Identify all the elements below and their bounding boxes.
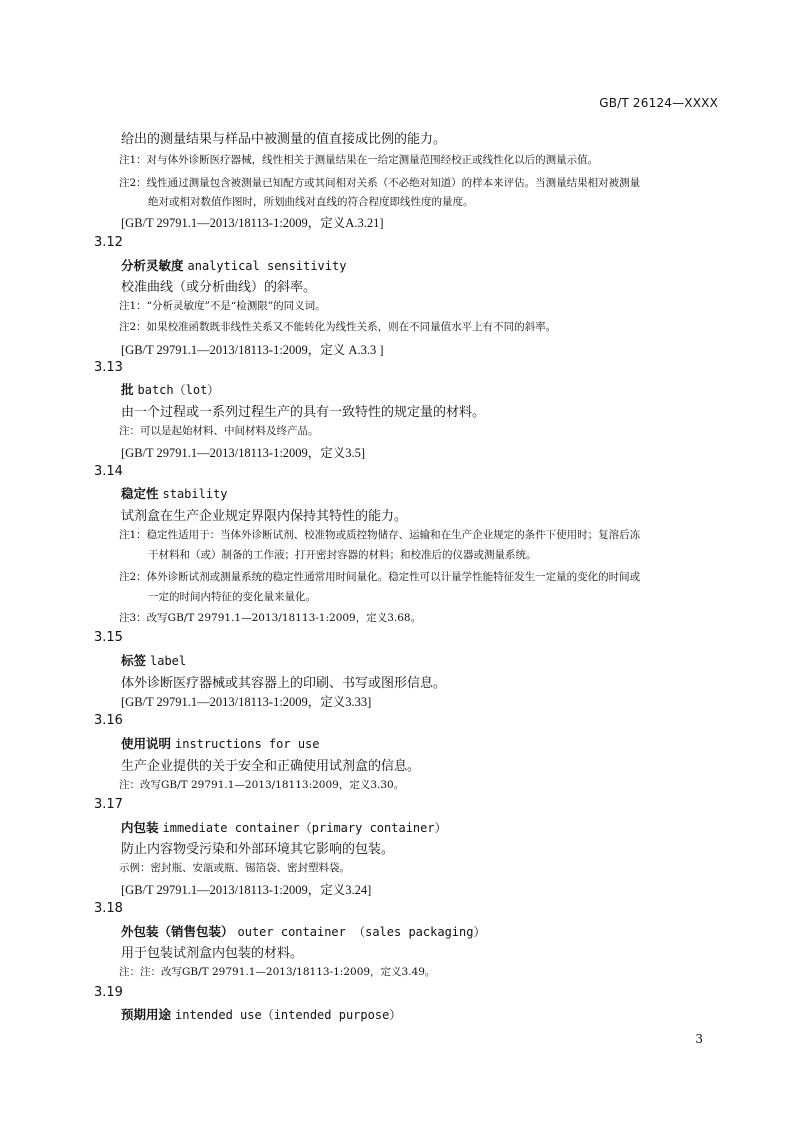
term-zh: 稳定性 [121, 486, 159, 501]
note-text: 注：可以是起始材料、中间材料及终产品。 [119, 423, 319, 438]
term-zh: 批 [121, 382, 134, 397]
entry-number: 3.12 [94, 235, 123, 250]
term-en: intended use（intended purpose） [175, 1008, 401, 1022]
source-reference: [GB/T 29791.1—2013/18113-1:2009，定义3.24] [121, 880, 371, 898]
term-en: label [150, 654, 186, 668]
note-text: 注：改写GB/T 29791.1—2013/18113:2009，定义3.30。 [119, 777, 404, 792]
note-text: 注2：如果校准函数既非线性关系又不能转化为线性关系，则在不同量值水平上有不同的斜… [119, 319, 556, 334]
page-number: 3 [695, 1032, 703, 1046]
term-heading: 预期用途 intended use（intended purpose） [121, 1005, 401, 1023]
term-en: outer container （sales packaging） [238, 925, 486, 939]
term-heading: 内包装 immediate container（primary containe… [121, 818, 447, 836]
definition-text: 防止内容物受污染和外部环境其它影响的包装。 [121, 838, 394, 857]
term-zh: 标签 [121, 653, 146, 668]
term-heading: 稳定性 stability [121, 484, 228, 502]
term-en: immediate container（primary container） [163, 821, 447, 835]
document-page: GB/T 26124—XXXX 给出的测量结果与样品中被测量的值直接成比例的能力… [0, 0, 793, 1122]
term-heading: 分析灵敏度 analytical sensitivity [121, 256, 346, 274]
definition-text: 由一个过程或一系列过程生产的具有一致特性的规定量的材料。 [121, 401, 485, 420]
example-text: 示例：密封瓶、安瓿或瓶、锡箔袋、密封塑料袋。 [119, 860, 350, 875]
source-reference: [GB/T 29791.1—2013/18113-1:2009，定义A.3.21… [121, 213, 384, 231]
term-zh: 分析灵敏度 [121, 258, 184, 273]
definition-text: 试剂盒在生产企业规定界限内保持其特性的能力。 [121, 505, 407, 524]
note-text: 注2：线性通过测量包含被测量已知配方或其间相对关系（不必绝对知道）的样本来评估。… [119, 175, 640, 190]
document-id-header: GB/T 26124—XXXX [599, 96, 718, 110]
term-zh: 外包装（销售包装） [121, 924, 234, 939]
term-en: stability [163, 487, 228, 501]
term-en: instructions for use [175, 737, 320, 751]
entry-number: 3.19 [94, 985, 123, 1000]
term-heading: 批 batch（lot） [121, 380, 219, 398]
term-en: batch（lot） [138, 383, 220, 397]
note-text: 注1：“分析灵敏度”不是“检测限”的同义词。 [119, 298, 326, 313]
term-heading: 使用说明 instructions for use [121, 734, 320, 752]
term-heading: 外包装（销售包装） outer container （sales packagi… [121, 922, 485, 940]
definition-text: 用于包装试剂盒内包装的材料。 [121, 942, 303, 961]
entry-number: 3.18 [94, 901, 123, 916]
definition-text: 校准曲线（或分析曲线）的斜率。 [121, 276, 316, 295]
term-zh: 使用说明 [121, 736, 171, 751]
note-text: 注1：对与体外诊断医疗器械，线性相关于测量结果在一给定测量范围经校正或线性化以后… [119, 152, 598, 167]
note-text: 干材料和（或）制备的工作液；打开密封容器的材料；和校准后的仪器或测量系统。 [148, 547, 537, 562]
note-text: 注：注：改写GB/T 29791.1—2013/18113-1:2009，定义3… [119, 964, 435, 979]
entry-number: 3.17 [94, 797, 123, 812]
definition-text: 体外诊断医疗器械或其容器上的印刷、书写或图形信息。 [121, 672, 446, 691]
note-text: 注1：稳定性适用于：当体外诊断试剂、校准物或质控物储存、运输和在生产企业规定的条… [119, 527, 640, 542]
note-text: 注3：改写GB/T 29791.1—2013/18113-1:2009，定义3.… [119, 610, 421, 625]
note-text: 一定的时间内特征的变化量来量化。 [148, 589, 316, 604]
note-text: 绝对或相对数值作图时，所划曲线对直线的符合程度即线性度的量度。 [148, 194, 474, 209]
term-zh: 预期用途 [121, 1007, 171, 1022]
entry-number: 3.16 [94, 713, 123, 728]
source-reference: [GB/T 29791.1—2013/18113-1:2009，定义 A.3.3… [121, 340, 384, 358]
entry-number: 3.14 [94, 464, 123, 479]
term-en: analytical sensitivity [188, 259, 347, 273]
definition-text: 给出的测量结果与样品中被测量的值直接成比例的能力。 [121, 128, 446, 147]
term-heading: 标签 label [121, 651, 186, 669]
entry-number: 3.15 [94, 630, 123, 645]
source-reference: [GB/T 29791.1—2013/18113-1:2009，定义3.5] [121, 443, 365, 461]
entry-number: 3.13 [94, 360, 123, 375]
source-reference: [GB/T 29791.1—2013/18113-1:2009，定义3.33] [121, 692, 371, 710]
term-zh: 内包装 [121, 820, 159, 835]
note-text: 注2：体外诊断试剂或测量系统的稳定性通常用时间量化。稳定性可以计量学性能特征发生… [119, 569, 640, 584]
definition-text: 生产企业提供的关于安全和正确使用试剂盒的信息。 [121, 755, 420, 774]
